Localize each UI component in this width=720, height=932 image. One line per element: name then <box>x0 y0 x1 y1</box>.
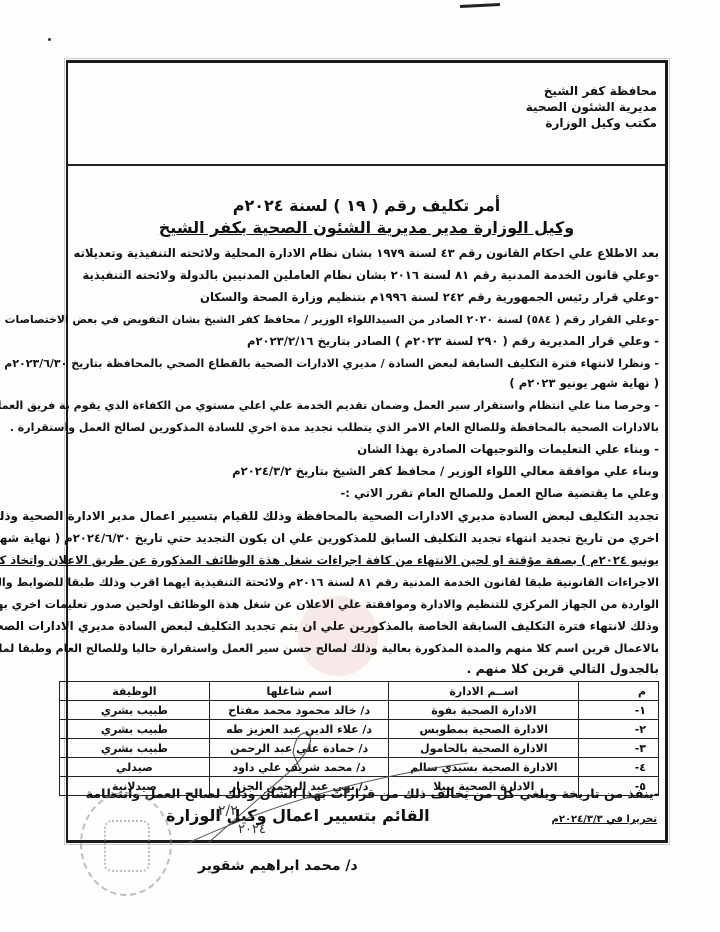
decision-line-4: الاجراءات القانونية طبقا لقانون الخدمة ا… <box>31 572 659 593</box>
table-row: ٢- الادارة الصحية بمطوبس د/ علاء الدين ع… <box>60 720 659 739</box>
directorate-line: مديرية الشئون الصحية <box>526 99 657 115</box>
row-number: ٤- <box>579 758 659 777</box>
eagle-emblem-icon <box>104 820 150 872</box>
preamble-line-9: بالادارات الصحية بالمحافظة وللصالح العام… <box>31 418 659 437</box>
preamble-line-4: -وعلي القرار رقم ( ٥٨٤) لسنة ٢٠٢٠ الصادر… <box>31 310 659 329</box>
letterhead-lines: محافظة كفر الشيخ مديرية الشئون الصحية مك… <box>526 83 657 131</box>
row-name: د/ خالد محمود محمد مفتاح <box>209 701 389 720</box>
table-row: ٣- الادارة الصحية بالحامول د/ حمادة علي … <box>60 739 659 758</box>
table-row: ٤- الادارة الصحية بسيدي سالم د/ محمد شري… <box>60 758 659 777</box>
header-name: اسم شاغلها <box>209 682 389 701</box>
row-department: الادارة الصحية بفوة <box>389 701 579 720</box>
document-frame: محافظة كفر الشيخ مديرية الشئون الصحية مك… <box>66 60 668 843</box>
preamble-line-10: - وبناء علي التعليمات والتوجيهات الصادرة… <box>31 440 659 459</box>
row-job: طبيب بشري <box>60 739 210 758</box>
signatory-name: د/ محمد ابراهيم شقوير <box>198 858 358 874</box>
issue-date: تحريرا في ٢٠٢٤/٣/٣م <box>552 814 658 825</box>
decision-line-1: تجديد التكليف لبعض السادة مديري الادارات… <box>31 506 659 527</box>
row-name: د/ علاء الدين عبد العزيز طه <box>209 720 389 739</box>
decision-line-8: بالجدول التالي قرين كلا منهم . <box>31 658 659 679</box>
scan-speck <box>48 38 51 41</box>
header-department: اســم الادارة <box>389 682 579 701</box>
decision-line-2: اخري من تاريخ تجديد انتهاء تجديد التكليف… <box>31 528 659 549</box>
office-line: مكتب وكيل الوزارة <box>526 115 657 131</box>
row-number: ١- <box>579 701 659 720</box>
header-number: م <box>579 682 659 701</box>
row-number: ٢- <box>579 720 659 739</box>
preamble-line-3: -وعلي قرار رئيس الجمهورية رقم ٢٤٢ لسنة ١… <box>31 288 659 307</box>
decision-line-6: وذلك لانتهاء فترة التكليف السابقة الخاصة… <box>31 616 659 637</box>
row-name: د/ محمد شريف علي داود <box>209 758 389 777</box>
preamble-line-2: -وعلي قانون الخدمة المدنية رقم ٨١ لسنة ٢… <box>31 266 659 285</box>
preamble-line-12: وعلي ما يقتضية صالح العمل وللصالح العام … <box>31 484 659 503</box>
row-number: ٣- <box>579 739 659 758</box>
row-department: الادارة الصحية بالحامول <box>389 739 579 758</box>
preamble-line-8: - وحرصا منا علي انتظام واستقرار سير العم… <box>31 396 659 415</box>
preamble-line-1: بعد الاطلاع علي احكام القانون رقم ٤٣ لسن… <box>31 244 659 263</box>
preamble-line-7: ( نهاية شهر يونيو ٢٠٢٣م ) <box>31 374 659 393</box>
table-header-row: م اســم الادارة اسم شاغلها الوظيفة <box>60 682 659 701</box>
issuer-title-text: وكيل الوزارة مدير مديرية الشئون الصحية ب… <box>159 218 575 237</box>
row-job: طبيب بشري <box>60 701 210 720</box>
header-job: الوظيفة <box>60 682 210 701</box>
official-stamp <box>80 792 172 896</box>
governorate-line: محافظة كفر الشيخ <box>526 83 657 99</box>
row-department: الادارة الصحية بسيدي سالم <box>389 758 579 777</box>
row-job: صيدلي <box>60 758 210 777</box>
pen-mark <box>460 3 500 8</box>
assignments-table: م اســم الادارة اسم شاغلها الوظيفة ١- ال… <box>59 681 659 796</box>
letterhead: محافظة كفر الشيخ مديرية الشئون الصحية مك… <box>68 63 665 166</box>
scanned-document-page: محافظة كفر الشيخ مديرية الشئون الصحية مك… <box>0 0 720 932</box>
row-job: طبيب بشري <box>60 720 210 739</box>
preamble-line-11: وبناء علي موافقة معالي اللواء الوزير / م… <box>31 462 659 481</box>
decision-line-5: الواردة من الجهاز المركزي للتنظيم والادا… <box>31 594 659 615</box>
order-title: أمر تكليف رقم ( ١٩ ) لسنة ٢٠٢٤م <box>68 196 665 215</box>
preamble-line-5: - وعلي قرار المديرية رقم ( ٢٩٠ لسنة ٢٠٢٣… <box>31 332 659 351</box>
decision-line-7: بالاعمال قرين اسم كلا منهم والمدة المذكو… <box>31 638 659 659</box>
decision-line-3: يونيو ٢٠٢٤م ) بصفة مؤقتة او لحين الانتها… <box>31 550 659 571</box>
preamble-line-6: - ونظرا لانتهاء فترة التكليف السابقة لبع… <box>31 354 659 373</box>
table-row: ١- الادارة الصحية بفوة د/ خالد محمود محم… <box>60 701 659 720</box>
issuer-title: وكيل الوزارة مدير مديرية الشئون الصحية ب… <box>68 218 665 237</box>
row-name: د/ حمادة علي عبد الرحمن <box>209 739 389 758</box>
row-department: الادارة الصحية بمطوبس <box>389 720 579 739</box>
signatory-title: القائم بتسيير اعمال وكيل الوزارة <box>166 806 430 825</box>
